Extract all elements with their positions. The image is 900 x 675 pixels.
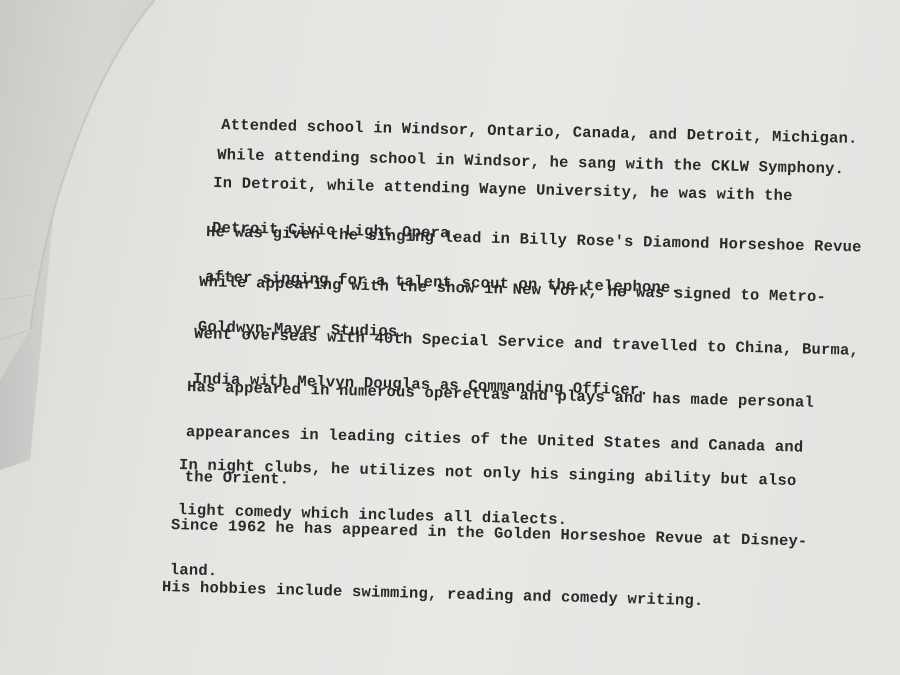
text-line: In night clubs, he utilizes not only his…: [179, 458, 797, 489]
typewritten-text: Attended school in Windsor, Ontario, Can…: [0, 0, 900, 675]
text-line: Since 1962 he has appeared in the Golden…: [171, 518, 808, 550]
text-line: His hobbies include swimming, reading an…: [162, 580, 704, 609]
text-line: Has appeared in numerous operettas and p…: [187, 380, 814, 411]
paragraph-hobbies: His hobbies include swimming, reading an…: [161, 550, 704, 639]
